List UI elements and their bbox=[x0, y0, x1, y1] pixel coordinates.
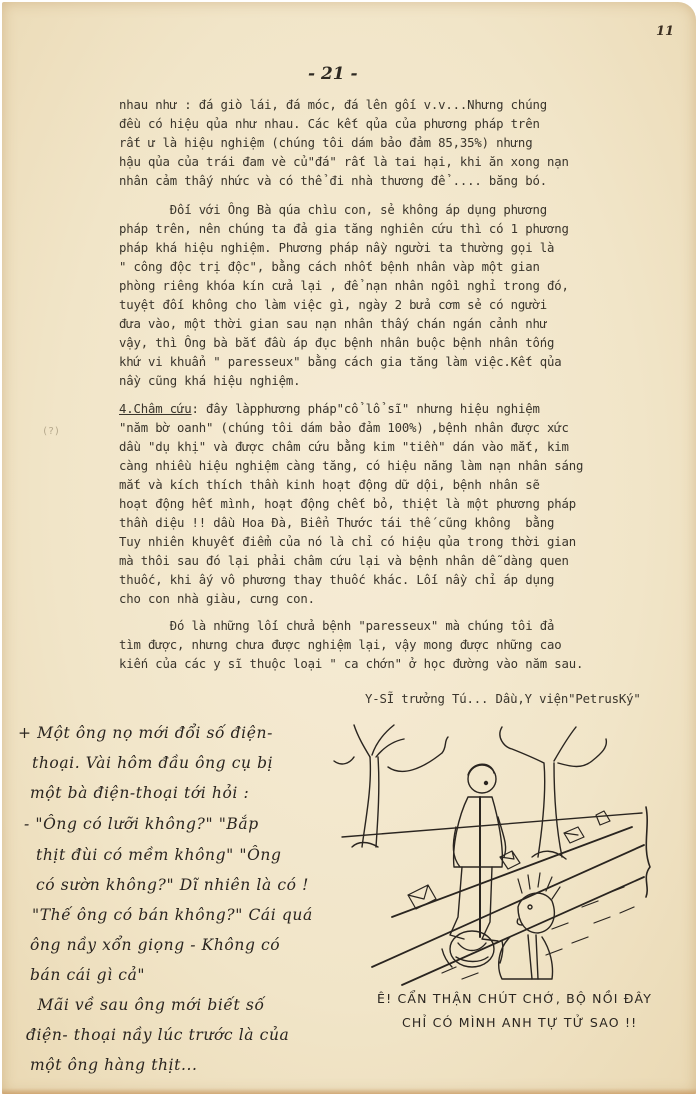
text-line: phòng riêng khóa kín cửa lại , để nạn nh… bbox=[119, 279, 569, 293]
text-line: hoạt động hết mình, hoạt động chết bỏ, t… bbox=[119, 497, 576, 511]
surprised-man-figure bbox=[499, 873, 560, 979]
text-line: rất ư là hiệu nghiệm (chúng tôi dám bảo … bbox=[119, 136, 532, 150]
text-line: tìm được, nhưng chưa được nghiệm lại, vậ… bbox=[119, 638, 561, 652]
hand-line: thoại. Vài hôm đầu ông cụ bị bbox=[32, 754, 273, 772]
falling-pot-icon bbox=[442, 931, 503, 967]
caption-line: CHỈ CÓ MÌNH ANH TỰ TỬ SAO !! bbox=[402, 1015, 637, 1030]
text-line: Tuy nhiên khuyết điểm của nó là chỉ có h… bbox=[119, 535, 576, 549]
left-tree-icon bbox=[334, 725, 448, 847]
hand-line: một bà điện-thoại tới hỏi : bbox=[30, 784, 249, 802]
envelope-icons bbox=[408, 811, 610, 909]
text-line: Đối với Ông Bà qúa chìu con, sẻ không áp… bbox=[119, 203, 547, 217]
text-line: tuyệt đối không cho làm việc gì, ngày 2 … bbox=[119, 298, 547, 312]
hand-line: một ông hàng thịt... bbox=[30, 1056, 198, 1074]
text-line: pháp khá hiệu nghiệm. Phương pháp nầy ng… bbox=[119, 241, 554, 255]
hand-line: "Thế ông có bán không?" Cái quá bbox=[32, 906, 313, 924]
document-page: 11 - 21 - (?) nhau như : đá giò lái, đá … bbox=[2, 2, 696, 1094]
text-line: kiến của các y sĩ thuộc loại " ca chớn" … bbox=[119, 657, 583, 671]
corner-page-number: 11 bbox=[656, 24, 674, 39]
hand-line: + Một ông nọ mới đổi số điện- bbox=[18, 724, 273, 742]
text-line: đều có hiệu qủa như nhau. Các kết qủa củ… bbox=[119, 117, 540, 131]
hand-line: bán cái gì cả" bbox=[30, 966, 145, 984]
margin-mark: (?) bbox=[42, 426, 60, 437]
text-line: vậy, thì Ông bà bắt đầu áp đục bệnh nhân… bbox=[119, 336, 554, 350]
right-tree-icon bbox=[500, 727, 606, 859]
section-heading: 4.Châm cứu bbox=[119, 402, 192, 416]
text-line: thần diệu !! dầu Hoa Đà, Biển Thước tái … bbox=[119, 516, 554, 530]
text-line: 4.Châm cứu: đây làpphương pháp"cổ lổ sĩ"… bbox=[119, 402, 540, 416]
signature: Y-SĨ trưởng Tú... Dầu,Y viện"PetrusKý" bbox=[365, 692, 641, 706]
hand-line: - "Ông có lưỡi không?" "Bắp bbox=[24, 815, 259, 833]
text-line: Đó là những lối chửa bệnh "paresseux" mà… bbox=[119, 619, 554, 633]
hand-line: ông nầy xổn giọng - Không có bbox=[30, 936, 280, 954]
text-line: mà thôi sau đó lại phải châm cứu lại và … bbox=[119, 554, 569, 568]
hand-line: Mãi về sau ông mới biết số bbox=[32, 996, 265, 1014]
text-line: thuốc, khi ấy vô phương thay thuốc khác.… bbox=[119, 573, 554, 587]
text-line: mắt và kích thích thần kinh hoạt động dữ… bbox=[119, 478, 540, 492]
text-line: pháp trên, nên chúng ta đả gia tăng nghi… bbox=[119, 222, 569, 236]
text-line: đưa vào, một thời gian sau nạn nhân thấy… bbox=[119, 317, 547, 331]
text-line: " công độc trị độc", bằng cách nhốt bệnh… bbox=[119, 260, 540, 274]
text-line: cho con nhà giàu, cưng con. bbox=[119, 592, 315, 606]
text-line: khứ vi khuẩn " paresseux" bằng cách gia … bbox=[119, 355, 561, 369]
page-number: - 21 - bbox=[308, 64, 358, 84]
text-line: nhau như : đá giò lái, đá móc, đá lên gố… bbox=[119, 98, 547, 112]
text-line: nhân cảm thấy nhức và có thể đi nhà thươ… bbox=[119, 174, 547, 188]
text-line: dầu "dụ khị" và được châm cứu bằng kim "… bbox=[119, 440, 569, 454]
text-line: hậu qủa của trái đam vè củ"đá" rất là ta… bbox=[119, 155, 569, 169]
text-line: nầy cũng khá hiệu nghiệm. bbox=[119, 374, 300, 388]
text-line: "năm bờ oanh" (chúng tôi dám bảo đảm 100… bbox=[119, 421, 569, 435]
hand-line: có sườn không?" Dĩ nhiên là có ! bbox=[36, 876, 309, 894]
text-line: càng nhiều hiệu nghiệm càng tăng, có hiệ… bbox=[119, 459, 583, 473]
hand-line: thịt đùi có mềm không" "Ông bbox=[36, 846, 282, 864]
hand-line: điện- thoại nầy lúc trước là của bbox=[26, 1026, 289, 1044]
caption-line: Ê! CẨN THẬN CHÚT CHỚ, BỘ NỒI ĐÂY bbox=[377, 991, 652, 1006]
cartoon-illustration bbox=[332, 717, 682, 987]
old-man-figure bbox=[450, 764, 506, 941]
